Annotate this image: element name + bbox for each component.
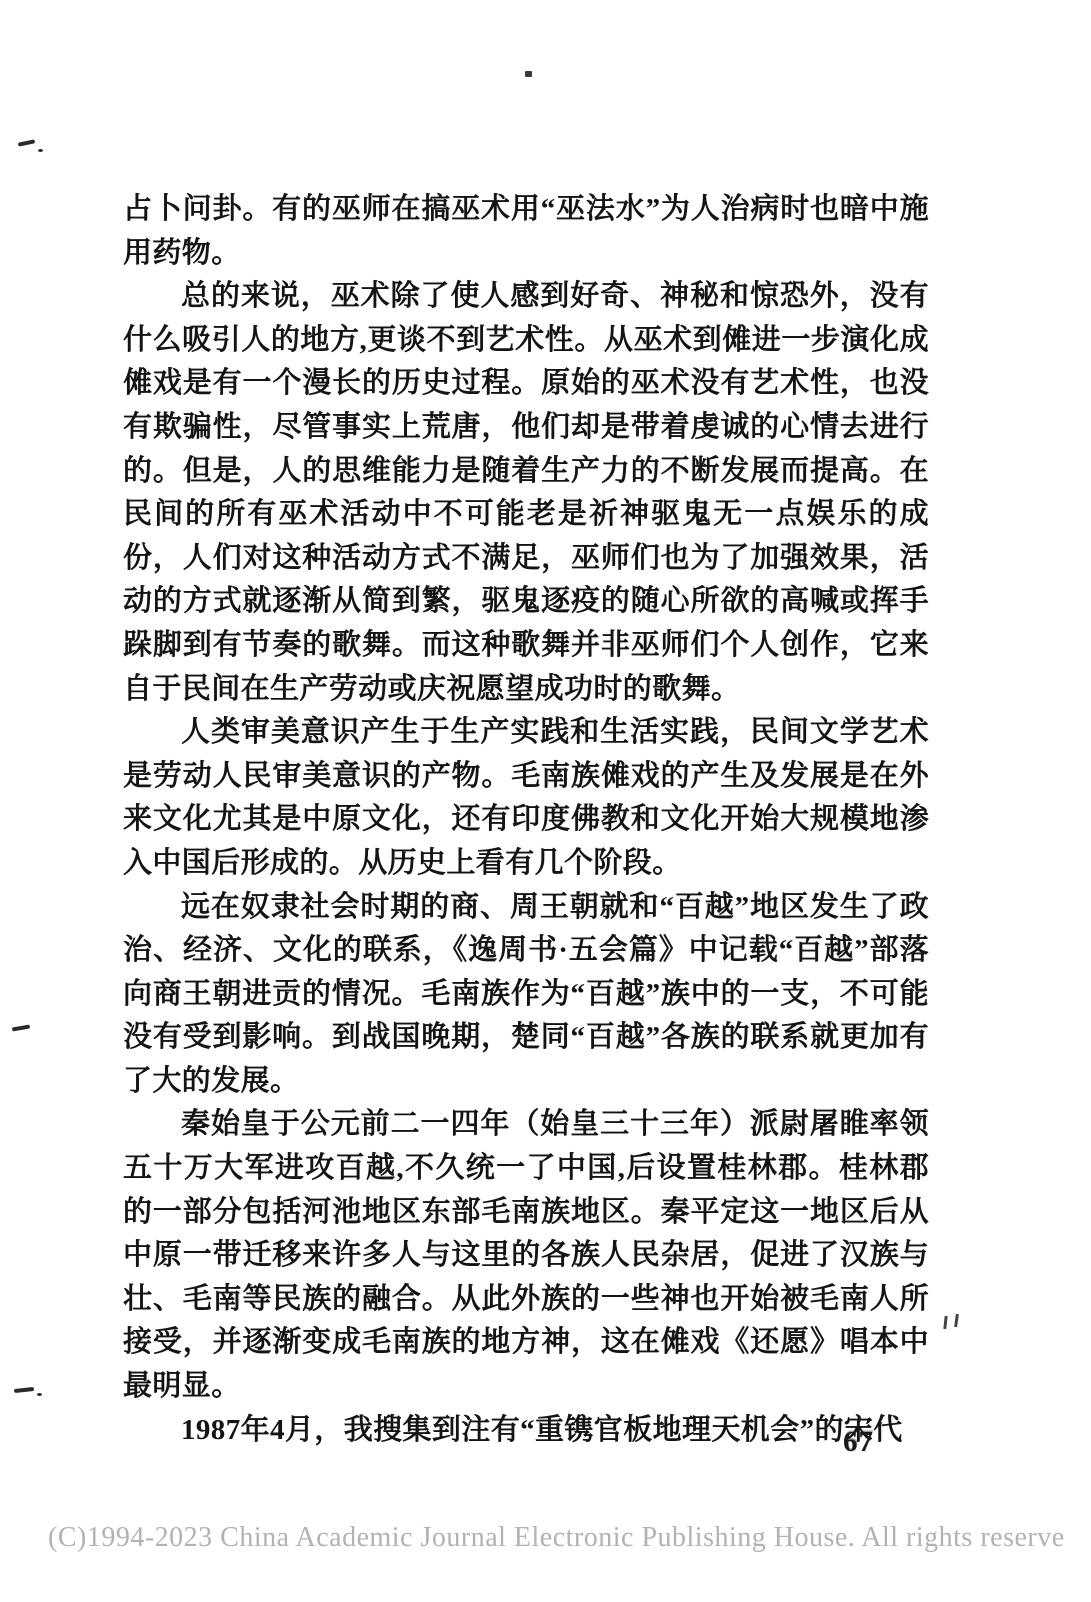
scan-artifact: [18, 139, 35, 146]
page-number: 67: [843, 1426, 874, 1459]
paragraph: 人类审美意识产生于生产实践和生活实践，民间文学艺术是劳动人民审美意识的产物。毛南…: [123, 711, 929, 885]
copyright-watermark: (C)1994-2023 China Academic Journal Elec…: [48, 1522, 1065, 1554]
scanned-page: 占卜问卦。有的巫师在搞巫术用“巫法水”为人治病时也暗中施用药物。总的来说，巫术除…: [0, 0, 1091, 1602]
paragraph: 总的来说，巫术除了使人感到好奇、神秘和惊恐外，没有什么吸引人的地方,更谈不到艺术…: [123, 275, 929, 711]
page-text: 占卜问卦。有的巫师在搞巫术用“巫法水”为人治病时也暗中施用药物。总的来说，巫术除…: [123, 188, 929, 1452]
scan-artifact: [525, 71, 532, 77]
paragraph: 秦始皇于公元前二一四年（始皇三十三年）派尉屠睢率领五十万大军进攻百越,不久统一了…: [123, 1103, 929, 1408]
paragraph: 远在奴隶社会时期的商、周王朝就和“百越”地区发生了政治、经济、文化的联系，《逸周…: [123, 886, 929, 1104]
scan-artifact: [14, 1387, 34, 1393]
scan-artifact: [38, 149, 43, 152]
scan-artifact: [954, 1314, 959, 1327]
paragraph: 占卜问卦。有的巫师在搞巫术用“巫法水”为人治病时也暗中施用药物。: [123, 188, 929, 275]
scan-artifact: [12, 1024, 30, 1031]
paragraph: 1987年4月，我搜集到注有“重镌官板地理天机会”的宋代: [123, 1409, 929, 1453]
scan-artifact: [37, 1393, 42, 1396]
scan-artifact: [943, 1316, 947, 1329]
